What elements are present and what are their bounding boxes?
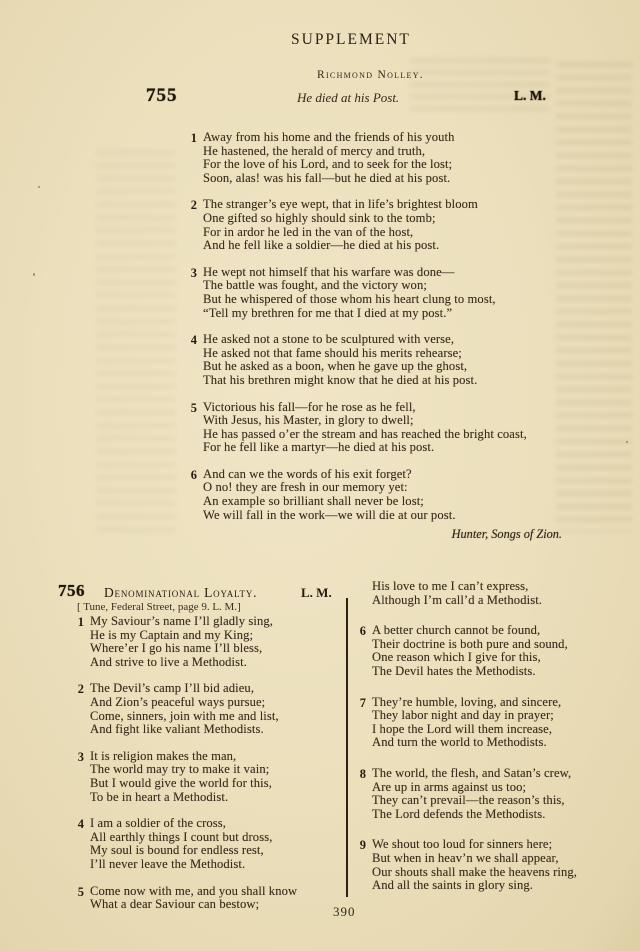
verse-line: For he fell like a martyr—he died at his… <box>203 441 527 455</box>
stanza-lines: We shout too loud for sinners here;But w… <box>372 838 577 892</box>
stanza: 3He wept not himself that his warfare wa… <box>182 266 527 320</box>
stanza-lines: My Saviour’s name I’ll gladly sing,He is… <box>90 615 273 669</box>
verse-line: He asked not a stone to be sculptured wi… <box>203 333 477 347</box>
hymn-755-meter: L. M. <box>514 88 546 104</box>
hymn-755-stanzas: 1Away from his home and the friends of h… <box>182 131 527 535</box>
verse-line: We will fall in the work—we will die at … <box>203 509 456 523</box>
paper-speck <box>38 186 40 188</box>
stanza-number: 2 <box>182 198 197 252</box>
stanza-number: 5 <box>69 885 84 912</box>
stanza: His love to me I can’t express,Although … <box>351 580 577 607</box>
stanza: 5Come now with me, and you shall knowWha… <box>69 885 297 912</box>
verse-line: But he asked as a boon, when he gave up … <box>203 360 477 374</box>
stanza: 6And can we the words of his exit forget… <box>182 468 527 522</box>
verse-line: He asked not that fame should his merits… <box>203 347 477 361</box>
stanza-number: 4 <box>69 817 84 871</box>
stanza: 7They’re humble, loving, and sincere,The… <box>351 696 577 750</box>
verse-line: Come now with me, and you shall know <box>90 885 297 899</box>
verse-line: My Saviour’s name I’ll gladly sing, <box>90 615 273 629</box>
verse-line: But when in heav’n we shall appear, <box>372 852 577 866</box>
stanza: 1My Saviour’s name I’ll gladly sing,He i… <box>69 615 297 669</box>
verse-line: With Jesus, his Master, in glory to dwel… <box>203 414 527 428</box>
stanza: 6A better church cannot be found,Their d… <box>351 624 577 678</box>
stanza-number: 1 <box>69 615 84 669</box>
verse-line: Are up in arms against us too; <box>372 781 571 795</box>
verse-line: One gifted so highly should sink to the … <box>203 212 478 226</box>
verse-line: The Lord defends the Methodists. <box>372 808 571 822</box>
verse-line: My soul is bound for endless rest, <box>90 844 272 858</box>
verse-line: Although I’m call’d a Methodist. <box>372 594 542 608</box>
stanza: 4I am a soldier of the cross,All earthly… <box>69 817 297 871</box>
stanza: 1Away from his home and the friends of h… <box>182 131 527 185</box>
stanza: 9We shout too loud for sinners here;But … <box>351 838 577 892</box>
hymn-756-meter: L. M. <box>301 585 332 601</box>
verse-line: I am a soldier of the cross, <box>90 817 272 831</box>
stanza-number: 3 <box>69 750 84 804</box>
stanza-number: 1 <box>182 131 197 185</box>
verse-line: “Tell my brethren for me that I died at … <box>203 307 496 321</box>
paper-speck <box>33 273 35 276</box>
verse-line: He is my Captain and my King; <box>90 629 273 643</box>
stanza-lines: It is religion makes the man,The world m… <box>90 750 272 804</box>
verse-line: Soon, alas! was his fall—but he died at … <box>203 172 455 186</box>
stanza-lines: His love to me I can’t express,Although … <box>372 580 542 607</box>
verse-line: And Zion’s peaceful ways pursue; <box>90 696 279 710</box>
stanza-number: 4 <box>182 333 197 387</box>
verse-line: But he whispered of those whom his heart… <box>203 293 496 307</box>
verse-line: They labor night and day in prayer; <box>372 709 561 723</box>
verse-line: For in ardor he led in the van of the ho… <box>203 226 478 240</box>
hymn-756-tune-note: [ Tune, Federal Street, page 9. L. M.] <box>77 601 241 613</box>
stanza-number: 3 <box>182 266 197 320</box>
verse-line: Come, sinners, join with me and list, <box>90 710 279 724</box>
book-page: SUPPLEMENT Richmond Nolley. 755 He died … <box>0 0 640 951</box>
stanza-lines: And can we the words of his exit forget?… <box>203 468 456 522</box>
hymn-755-attribution: Hunter, Songs of Zion. <box>352 527 562 542</box>
verse-line: To be in heart a Methodist. <box>90 791 272 805</box>
verse-line: The stranger’s eye wept, that in life’s … <box>203 198 478 212</box>
verse-line: We shout too loud for sinners here; <box>372 838 577 852</box>
stanza: 5Victorious his fall—for he rose as he f… <box>182 401 527 455</box>
verse-line: The battle was fought, and the victory w… <box>203 279 496 293</box>
verse-line: The world may try to make it vain; <box>90 763 272 777</box>
stanza-number: 8 <box>351 767 366 821</box>
bleedthrough-artifact <box>410 58 550 116</box>
verse-line: And fight like valiant Methodists. <box>90 723 279 737</box>
running-head: SUPPLEMENT <box>291 31 411 49</box>
stanza-lines: They’re humble, loving, and sincere,They… <box>372 696 561 750</box>
page-number: 390 <box>333 904 356 920</box>
verse-line: All earthly things I count but dross, <box>90 831 272 845</box>
verse-line: And can we the words of his exit forget? <box>203 468 456 482</box>
stanza-number: 9 <box>351 838 366 892</box>
verse-line: Our shouts shall make the heavens ring, <box>372 866 577 880</box>
stanza-number: 5 <box>182 401 197 455</box>
verse-line: One reason which I give for this, <box>372 651 568 665</box>
stanza: 4He asked not a stone to be sculptured w… <box>182 333 527 387</box>
verse-line: For the love of his Lord, and to seek fo… <box>203 158 455 172</box>
verse-line: An example so brilliant shall never be l… <box>203 495 456 509</box>
verse-line: And all the saints in glory sing. <box>372 879 577 893</box>
stanza-number: 6 <box>351 624 366 678</box>
verse-line: And turn the world to Methodists. <box>372 736 561 750</box>
stanza-lines: I am a soldier of the cross,All earthly … <box>90 817 272 871</box>
verse-line: A better church cannot be found, <box>372 624 568 638</box>
paper-speck <box>626 441 628 443</box>
bleedthrough-artifact <box>96 150 176 540</box>
stanza-number: 7 <box>351 696 366 750</box>
verse-line: He hastened, the herald of mercy and tru… <box>203 145 455 159</box>
verse-line: Away from his home and the friends of hi… <box>203 131 455 145</box>
bleedthrough-artifact <box>556 62 632 532</box>
stanza: 8The world, the flesh, and Satan’s crew,… <box>351 767 577 821</box>
verse-line: The Devil’s camp I’ll bid adieu, <box>90 682 279 696</box>
verse-line: His love to me I can’t express, <box>372 580 542 594</box>
verse-line: He wept not himself that his warfare was… <box>203 266 496 280</box>
stanza-number: 2 <box>69 682 84 736</box>
hymn-756-number: 756 <box>58 581 85 601</box>
hymn-755-number: 755 <box>146 85 178 107</box>
hymn-756-title: Denominational Loyalty. <box>104 585 257 601</box>
verse-line: What a dear Saviour can bestow; <box>90 898 297 912</box>
stanza: 3It is religion makes the man,The world … <box>69 750 297 804</box>
verse-line: O no! they are fresh in our memory yet: <box>203 481 456 495</box>
stanza: 2The Devil’s camp I’ll bid adieu,And Zio… <box>69 682 297 736</box>
verse-line: And strive to live a Methodist. <box>90 656 273 670</box>
hymn-755-title: He died at his Post. <box>297 90 399 106</box>
verse-line: That his brethren might know that he die… <box>203 374 477 388</box>
hymn-756-left-column: 1My Saviour’s name I’ll gladly sing,He i… <box>69 615 297 925</box>
verse-line: But I would give the world for this, <box>90 777 272 791</box>
stanza-lines: The world, the flesh, and Satan’s crew,A… <box>372 767 571 821</box>
stanza-lines: A better church cannot be found,Their do… <box>372 624 568 678</box>
stanza-lines: Away from his home and the friends of hi… <box>203 131 455 185</box>
verse-line: It is religion makes the man, <box>90 750 272 764</box>
verse-line: He has passed o’er the stream and has re… <box>203 428 527 442</box>
stanza-lines: The Devil’s camp I’ll bid adieu,And Zion… <box>90 682 279 736</box>
verse-line: And he fell like a soldier—he died at hi… <box>203 239 478 253</box>
verse-line: They’re humble, loving, and sincere, <box>372 696 561 710</box>
verse-line: Where’er I go his name I’ll bless, <box>90 642 273 656</box>
stanza: 2The stranger’s eye wept, that in life’s… <box>182 198 527 252</box>
stanza-lines: Victorious his fall—for he rose as he fe… <box>203 401 527 455</box>
hymn-755-author: Richmond Nolley. <box>317 69 424 81</box>
verse-line: The Devil hates the Methodists. <box>372 665 568 679</box>
verse-line: Victorious his fall—for he rose as he fe… <box>203 401 527 415</box>
stanza-number: 6 <box>182 468 197 522</box>
stanza-lines: Come now with me, and you shall knowWhat… <box>90 885 297 912</box>
verse-line: I’ll never leave the Methodist. <box>90 858 272 872</box>
verse-line: I hope the Lord will them increase, <box>372 723 561 737</box>
column-divider-rule <box>346 598 348 897</box>
stanza-lines: He wept not himself that his warfare was… <box>203 266 496 320</box>
verse-line: Their doctrine is both pure and sound, <box>372 638 568 652</box>
stanza-lines: He asked not a stone to be sculptured wi… <box>203 333 477 387</box>
verse-line: They can’t prevail—the reason’s this, <box>372 794 571 808</box>
stanza-lines: The stranger’s eye wept, that in life’s … <box>203 198 478 252</box>
verse-line: The world, the flesh, and Satan’s crew, <box>372 767 571 781</box>
hymn-756-right-column: His love to me I can’t express,Although … <box>351 580 577 910</box>
